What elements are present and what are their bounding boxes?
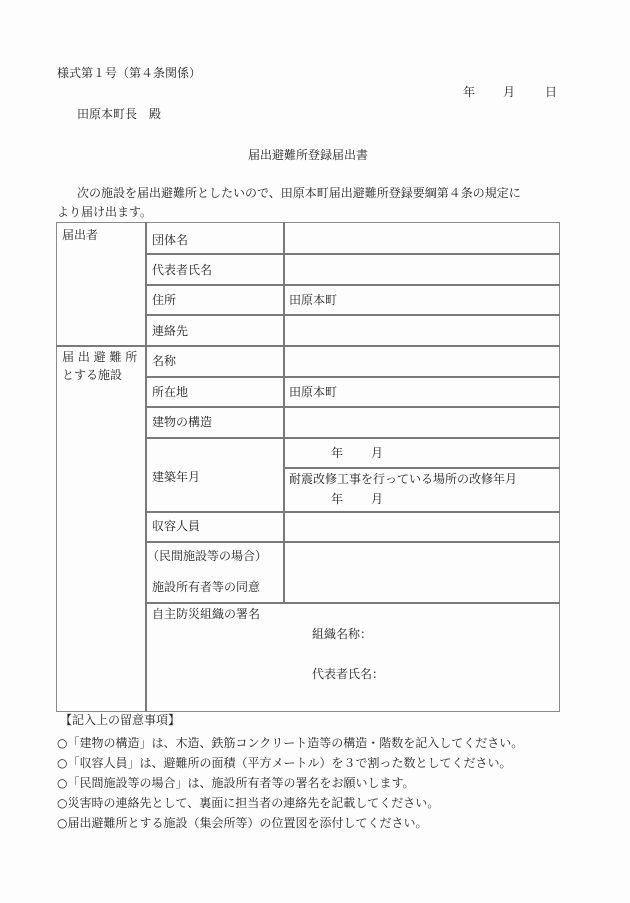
intro-text-line2: より届け出ます。 [57,205,152,219]
representative-name-field[interactable] [285,255,558,284]
note-item: ○「民間施設等の場合」は、施設所有者等の署名をお願いします。 [57,776,415,790]
column-divider-1 [145,222,147,712]
document-title: 届出避難所登録届出書 [248,148,368,162]
label-construction-date: 建築年月 [152,470,200,484]
row-divider [145,376,560,378]
facility-name-field[interactable] [285,347,558,376]
notes-heading: 【記入上の留意事項】 [60,713,180,727]
row-divider [145,602,560,604]
row-divider [283,467,560,469]
intro-text-line1: 次の施設を届出避難所としたいので、田原本町届出避難所登録要綱第４条の規定に [77,186,521,200]
label-location: 所在地 [152,385,188,399]
capacity-field[interactable] [285,513,558,541]
label-address: 住所 [152,293,176,307]
construction-month-label[interactable]: 月 [371,446,383,460]
renovation-date-label: 耐震改修工事を行っている場所の改修年月 [289,472,517,486]
label-owner-consent: 施設所有者等の同意 [152,580,260,594]
label-representative-name: 代表者氏名 [152,263,212,277]
row-divider [145,437,560,439]
label-org-name: 組織名称： [312,627,372,641]
label-contact: 連絡先 [152,324,188,338]
note-item: ○「収容人員」は、避難所の面積（平方メートル）を３で割った数としてください。 [57,756,511,770]
address-field[interactable]: 田原本町 [289,293,337,307]
date-month-label: 月 [503,85,515,99]
note-item: ○「建物の構造」は、木造、鉄筋コンクリート造等の構造・階数を記入してください。 [57,736,523,750]
label-self-defense-org-signature: 自主防災組織の署名 [152,607,260,621]
organization-name-field[interactable] [285,224,558,253]
contact-field[interactable] [285,316,558,345]
date-day-label: 日 [545,85,557,99]
building-structure-field[interactable] [285,408,558,437]
label-organization-name: 団体名 [152,233,188,247]
date-year-label: 年 [463,85,475,99]
label-private-facility: （民間施設等の場合） [147,549,267,563]
note-item: ○災害時の連絡先として、裏面に担当者の連絡先を記載してください。 [57,796,439,810]
renovation-month-label[interactable]: 月 [371,492,383,506]
renovation-year-label[interactable]: 年 [331,492,343,506]
label-facility-name: 名称 [152,354,176,368]
label-org-representative: 代表者氏名： [312,667,384,681]
note-item: ○届出避難所とする施設（集会所等）の位置図を添付してください。 [57,816,427,830]
label-capacity: 収容人員 [152,519,200,533]
construction-year-label[interactable]: 年 [331,446,343,460]
addressee: 田原本町長 殿 [77,107,161,121]
section-label-facility-line2: とする施設 [62,368,122,382]
section-label-facility-line1: 届 出 避 難 所 [62,350,137,364]
location-field[interactable]: 田原本町 [289,385,337,399]
section-label-applicant: 届出者 [62,228,98,242]
owner-consent-field[interactable] [285,543,558,602]
row-divider [145,284,560,286]
form-number: 様式第１号（第４条関係） [57,66,201,80]
label-building-structure: 建物の構造 [152,415,212,429]
